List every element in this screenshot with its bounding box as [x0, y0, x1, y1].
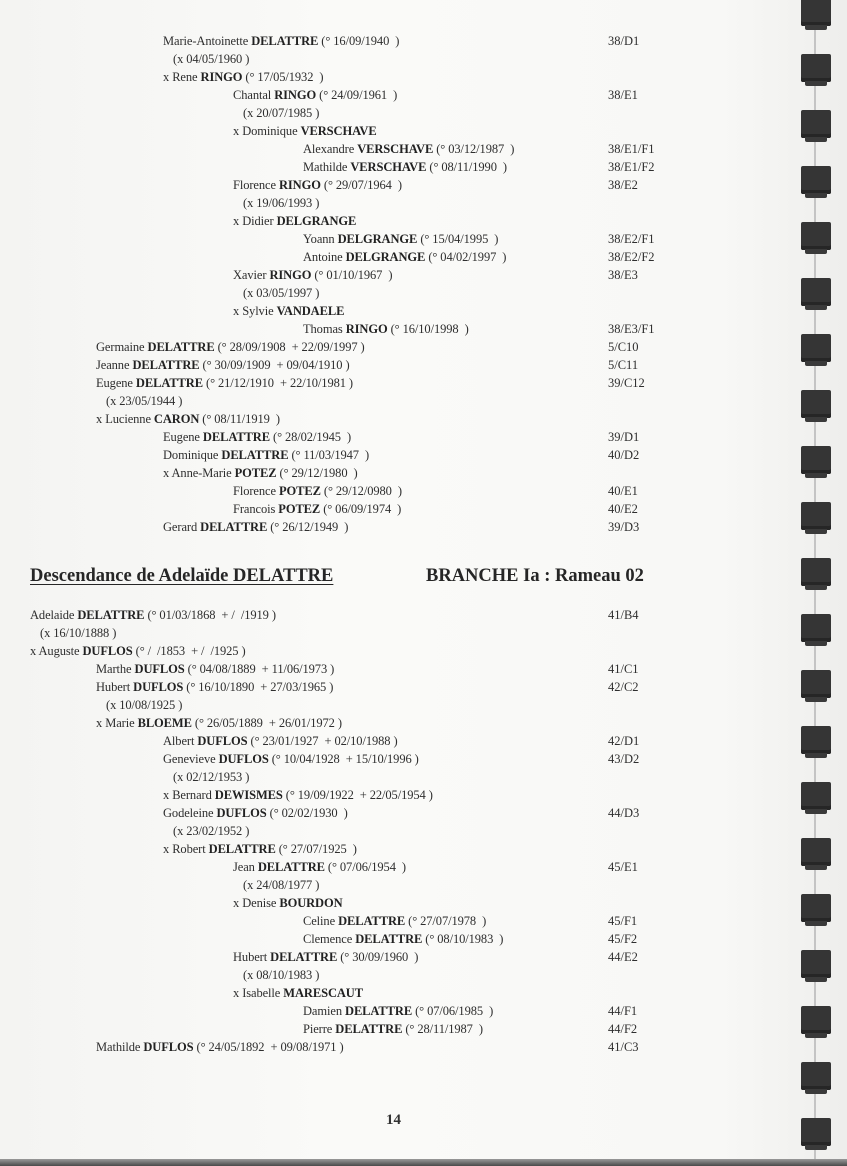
surname: VERSCHAVE — [350, 160, 426, 174]
marriage-date: (x 24/08/1977 ) — [243, 877, 319, 893]
surname: DELATTRE — [355, 932, 422, 946]
life-dates: (° 28/02/1945 ) — [273, 430, 351, 444]
surname: DUFLOS — [133, 680, 183, 694]
life-dates: (° 06/09/1974 ) — [323, 502, 401, 516]
given-name: Chantal — [233, 88, 271, 102]
reference-code: 38/E2/F1 — [608, 231, 655, 247]
marriage-date: (x 23/02/1952 ) — [173, 823, 249, 839]
given-name: Dominique — [163, 448, 218, 462]
life-dates: (° 16/10/1890 + 27/03/1965 ) — [186, 680, 333, 694]
person-entry: Pierre DELATTRE (° 28/11/1987 ) — [303, 1021, 483, 1037]
given-name: Jean — [233, 860, 255, 874]
binding-ring — [801, 1062, 831, 1090]
spouse-entry: x Isabelle MARESCAUT — [233, 985, 363, 1001]
given-name: Rene — [172, 70, 197, 84]
reference-code: 41/B4 — [608, 607, 639, 623]
marriage-date: (x 03/05/1997 ) — [243, 285, 319, 301]
spouse-marker: x — [163, 788, 169, 802]
spouse-entry: x Robert DELATTRE (° 27/07/1925 ) — [163, 841, 357, 857]
marriage-date: (x 10/08/1925 ) — [106, 697, 182, 713]
spouse-marker: x — [233, 304, 239, 318]
life-dates: (° 10/04/1928 + 15/10/1996 ) — [272, 752, 419, 766]
surname: DUFLOS — [197, 734, 247, 748]
binding-ring — [801, 334, 831, 362]
reference-code: 40/E1 — [608, 483, 638, 499]
life-dates: (° / /1853 + / /1925 ) — [136, 644, 246, 658]
binding-ring — [801, 222, 831, 250]
life-dates: (° 24/09/1961 ) — [319, 88, 397, 102]
reference-code: 5/C11 — [608, 357, 638, 373]
surname: DELATTRE — [270, 950, 337, 964]
reference-code: 38/E1/F1 — [608, 141, 655, 157]
spouse-marker: x — [233, 214, 239, 228]
reference-code: 5/C10 — [608, 339, 639, 355]
spouse-entry: x Sylvie VANDAELE — [233, 303, 344, 319]
reference-code: 40/E2 — [608, 501, 638, 517]
surname: MARESCAUT — [283, 986, 363, 1000]
surname: DELGRANGE — [277, 214, 357, 228]
person-entry: Florence RINGO (° 29/07/1964 ) — [233, 177, 402, 193]
surname: VANDAELE — [277, 304, 345, 318]
marriage-date: (x 04/05/1960 ) — [173, 51, 249, 67]
reference-code: 38/D1 — [608, 33, 639, 49]
binding-ring — [801, 726, 831, 754]
given-name: Hubert — [96, 680, 130, 694]
reference-code: 45/E1 — [608, 859, 638, 875]
life-dates: (° 28/11/1987 ) — [405, 1022, 483, 1036]
given-name: Xavier — [233, 268, 266, 282]
surname: DUFLOS — [217, 806, 267, 820]
person-entry: Marie-Antoinette DELATTRE (° 16/09/1940 … — [163, 33, 399, 49]
given-name: Isabelle — [242, 986, 280, 1000]
given-name: Denise — [242, 896, 276, 910]
reference-code: 38/E3/F1 — [608, 321, 655, 337]
spouse-marker: x — [96, 412, 102, 426]
surname: DELATTRE — [335, 1022, 402, 1036]
binding-ring — [801, 446, 831, 474]
spouse-entry: x Denise BOURDON — [233, 895, 343, 911]
binding-ring — [801, 110, 831, 138]
given-name: Gerard — [163, 520, 197, 534]
page-number: 14 — [386, 1112, 401, 1129]
person-entry: Eugene DELATTRE (° 21/12/1910 + 22/10/19… — [96, 375, 353, 391]
reference-code: 44/F1 — [608, 1003, 637, 1019]
person-entry: Mathilde DUFLOS (° 24/05/1892 + 09/08/19… — [96, 1039, 344, 1055]
life-dates: (° 30/09/1909 + 09/04/1910 ) — [203, 358, 350, 372]
surname: POTEZ — [279, 484, 321, 498]
given-name: Florence — [233, 484, 276, 498]
reference-code: 45/F2 — [608, 931, 637, 947]
person-entry: Hubert DUFLOS (° 16/10/1890 + 27/03/1965… — [96, 679, 333, 695]
life-dates: (° 07/06/1954 ) — [328, 860, 406, 874]
life-dates: (° 17/05/1932 ) — [245, 70, 323, 84]
given-name: Marie — [105, 716, 134, 730]
life-dates: (° 23/01/1927 + 02/10/1988 ) — [251, 734, 398, 748]
person-entry: Eugene DELATTRE (° 28/02/1945 ) — [163, 429, 351, 445]
marriage-date: (x 23/05/1944 ) — [106, 393, 182, 409]
person-entry: Xavier RINGO (° 01/10/1967 ) — [233, 267, 392, 283]
surname: DELATTRE — [221, 448, 288, 462]
spouse-entry: x Bernard DEWISMES (° 19/09/1922 + 22/05… — [163, 787, 433, 803]
life-dates: (° 27/07/1925 ) — [279, 842, 357, 856]
given-name: Francois — [233, 502, 275, 516]
marriage-date: (x 08/10/1983 ) — [243, 967, 319, 983]
reference-code: 44/F2 — [608, 1021, 637, 1037]
person-entry: Godeleine DUFLOS (° 02/02/1930 ) — [163, 805, 348, 821]
person-entry: Celine DELATTRE (° 27/07/1978 ) — [303, 913, 486, 929]
surname: DEWISMES — [215, 788, 283, 802]
binding-ring — [801, 0, 831, 26]
surname: DELATTRE — [338, 914, 405, 928]
binding-ring — [801, 502, 831, 530]
surname: RINGO — [346, 322, 388, 336]
life-dates: (° 29/12/1980 ) — [280, 466, 358, 480]
surname: RINGO — [269, 268, 311, 282]
binding-ring — [801, 278, 831, 306]
person-entry: Marthe DUFLOS (° 04/08/1889 + 11/06/1973… — [96, 661, 334, 677]
spouse-marker: x — [163, 466, 169, 480]
surname: RINGO — [279, 178, 321, 192]
given-name: Sylvie — [242, 304, 273, 318]
marriage-date: (x 02/12/1953 ) — [173, 769, 249, 785]
surname: DELATTRE — [148, 340, 215, 354]
reference-code: 38/E1 — [608, 87, 638, 103]
reference-code: 42/D1 — [608, 733, 639, 749]
marriage-date: (x 19/06/1993 ) — [243, 195, 319, 211]
life-dates: (° 16/10/1998 ) — [391, 322, 469, 336]
given-name: Eugene — [96, 376, 133, 390]
spouse-entry: x Lucienne CARON (° 08/11/1919 ) — [96, 411, 280, 427]
person-entry: Dominique DELATTRE (° 11/03/1947 ) — [163, 447, 369, 463]
marriage-date: (x 16/10/1888 ) — [40, 625, 116, 641]
surname: RINGO — [274, 88, 316, 102]
given-name: Anne-Marie — [172, 466, 232, 480]
reference-code: 38/E2 — [608, 177, 638, 193]
surname: DELATTRE — [200, 520, 267, 534]
life-dates: (° 29/12/0980 ) — [324, 484, 402, 498]
given-name: Hubert — [233, 950, 267, 964]
spouse-marker: x — [233, 896, 239, 910]
person-entry: Genevieve DUFLOS (° 10/04/1928 + 15/10/1… — [163, 751, 419, 767]
person-entry: Thomas RINGO (° 16/10/1998 ) — [303, 321, 469, 337]
life-dates: (° 08/10/1983 ) — [425, 932, 503, 946]
reference-code: 42/C2 — [608, 679, 639, 695]
binding-ring — [801, 950, 831, 978]
binding-ring — [801, 670, 831, 698]
reference-code: 44/D3 — [608, 805, 639, 821]
surname: CARON — [154, 412, 199, 426]
binding-ring — [801, 166, 831, 194]
given-name: Lucienne — [105, 412, 151, 426]
surname: POTEZ — [235, 466, 277, 480]
life-dates: (° 01/10/1967 ) — [314, 268, 392, 282]
reference-code: 38/E3 — [608, 267, 638, 283]
reference-code: 39/D1 — [608, 429, 639, 445]
surname: DELATTRE — [345, 1004, 412, 1018]
given-name: Yoann — [303, 232, 335, 246]
surname: DELGRANGE — [346, 250, 426, 264]
spouse-marker: x — [163, 842, 169, 856]
given-name: Auguste — [39, 644, 80, 658]
surname: DELATTRE — [203, 430, 270, 444]
person-entry: Hubert DELATTRE (° 30/09/1960 ) — [233, 949, 418, 965]
page-bottom-edge — [0, 1159, 847, 1166]
surname: VERSCHAVE — [357, 142, 433, 156]
surname: DELATTRE — [251, 34, 318, 48]
spouse-entry: x Auguste DUFLOS (° / /1853 + / /1925 ) — [30, 643, 246, 659]
spouse-marker: x — [163, 70, 169, 84]
person-entry: Chantal RINGO (° 24/09/1961 ) — [233, 87, 397, 103]
binding-ring — [801, 894, 831, 922]
life-dates: (° 24/05/1892 + 09/08/1971 ) — [197, 1040, 344, 1054]
reference-code: 41/C3 — [608, 1039, 639, 1055]
document-page: Marie-Antoinette DELATTRE (° 16/09/1940 … — [0, 0, 847, 1166]
reference-code: 40/D2 — [608, 447, 639, 463]
surname: BOURDON — [279, 896, 342, 910]
person-entry: Alexandre VERSCHAVE (° 03/12/1987 ) — [303, 141, 514, 157]
binding-ring — [801, 838, 831, 866]
given-name: Adelaide — [30, 608, 74, 622]
given-name: Celine — [303, 914, 335, 928]
reference-code: 38/E2/F2 — [608, 249, 655, 265]
life-dates: (° 16/09/1940 ) — [321, 34, 399, 48]
binding-ring — [801, 558, 831, 586]
surname: VERSCHAVE — [301, 124, 377, 138]
given-name: Thomas — [303, 322, 343, 336]
life-dates: (° 04/02/1997 ) — [428, 250, 506, 264]
life-dates: (° 26/12/1949 ) — [270, 520, 348, 534]
spouse-marker: x — [96, 716, 102, 730]
surname: DELATTRE — [209, 842, 276, 856]
person-entry: Jeanne DELATTRE (° 30/09/1909 + 09/04/19… — [96, 357, 350, 373]
person-entry: Yoann DELGRANGE (° 15/04/1995 ) — [303, 231, 498, 247]
spouse-entry: x Marie BLOEME (° 26/05/1889 + 26/01/197… — [96, 715, 342, 731]
life-dates: (° 30/09/1960 ) — [340, 950, 418, 964]
life-dates: (° 01/03/1868 + / /1919 ) — [147, 608, 275, 622]
surname: BLOEME — [138, 716, 192, 730]
person-entry: Damien DELATTRE (° 07/06/1985 ) — [303, 1003, 493, 1019]
life-dates: (° 11/03/1947 ) — [291, 448, 369, 462]
binding-ring — [801, 390, 831, 418]
spouse-entry: x Anne-Marie POTEZ (° 29/12/1980 ) — [163, 465, 358, 481]
life-dates: (° 27/07/1978 ) — [408, 914, 486, 928]
binding-ring — [801, 614, 831, 642]
life-dates: (° 28/09/1908 + 22/09/1997 ) — [218, 340, 365, 354]
section-title: Descendance de Adelaïde DELATTRE — [30, 566, 333, 587]
reference-code: 38/E1/F2 — [608, 159, 655, 175]
spouse-entry: x Dominique VERSCHAVE — [233, 123, 377, 139]
life-dates: (° 26/05/1889 + 26/01/1972 ) — [195, 716, 342, 730]
given-name: Mathilde — [303, 160, 347, 174]
surname: DUFLOS — [143, 1040, 193, 1054]
spouse-marker: x — [233, 986, 239, 1000]
given-name: Dominique — [242, 124, 297, 138]
surname: DELATTRE — [258, 860, 325, 874]
given-name: Jeanne — [96, 358, 129, 372]
reference-code: 44/E2 — [608, 949, 638, 965]
person-entry: Florence POTEZ (° 29/12/0980 ) — [233, 483, 402, 499]
given-name: Didier — [242, 214, 273, 228]
given-name: Eugene — [163, 430, 200, 444]
spouse-marker: x — [30, 644, 36, 658]
reference-code: 39/D3 — [608, 519, 639, 535]
given-name: Marthe — [96, 662, 132, 676]
surname: RINGO — [201, 70, 243, 84]
given-name: Robert — [172, 842, 205, 856]
binding-ring — [801, 1006, 831, 1034]
given-name: Antoine — [303, 250, 343, 264]
given-name: Mathilde — [96, 1040, 140, 1054]
person-entry: Germaine DELATTRE (° 28/09/1908 + 22/09/… — [96, 339, 365, 355]
reference-code: 45/F1 — [608, 913, 637, 929]
spouse-marker: x — [233, 124, 239, 138]
surname: POTEZ — [278, 502, 320, 516]
surname: DUFLOS — [83, 644, 133, 658]
given-name: Germaine — [96, 340, 144, 354]
life-dates: (° 08/11/1919 ) — [202, 412, 280, 426]
given-name: Godeleine — [163, 806, 213, 820]
given-name: Alexandre — [303, 142, 354, 156]
given-name: Damien — [303, 1004, 342, 1018]
person-entry: Francois POTEZ (° 06/09/1974 ) — [233, 501, 401, 517]
given-name: Marie-Antoinette — [163, 34, 248, 48]
reference-code: 43/D2 — [608, 751, 639, 767]
life-dates: (° 15/04/1995 ) — [420, 232, 498, 246]
person-entry: Clemence DELATTRE (° 08/10/1983 ) — [303, 931, 503, 947]
person-entry: Albert DUFLOS (° 23/01/1927 + 02/10/1988… — [163, 733, 398, 749]
branch-label: BRANCHE Ia : Rameau 02 — [426, 566, 644, 587]
surname: DUFLOS — [135, 662, 185, 676]
spouse-entry: x Didier DELGRANGE — [233, 213, 356, 229]
reference-code: 41/C1 — [608, 661, 639, 677]
life-dates: (° 02/02/1930 ) — [270, 806, 348, 820]
life-dates: (° 08/11/1990 ) — [429, 160, 507, 174]
life-dates: (° 29/07/1964 ) — [324, 178, 402, 192]
life-dates: (° 04/08/1889 + 11/06/1973 ) — [188, 662, 335, 676]
given-name: Albert — [163, 734, 194, 748]
given-name: Genevieve — [163, 752, 216, 766]
person-entry: Adelaide DELATTRE (° 01/03/1868 + / /191… — [30, 607, 276, 623]
person-entry: Mathilde VERSCHAVE (° 08/11/1990 ) — [303, 159, 507, 175]
surname: DUFLOS — [219, 752, 269, 766]
person-entry: Antoine DELGRANGE (° 04/02/1997 ) — [303, 249, 506, 265]
given-name: Bernard — [172, 788, 212, 802]
given-name: Pierre — [303, 1022, 332, 1036]
person-entry: Jean DELATTRE (° 07/06/1954 ) — [233, 859, 406, 875]
marriage-date: (x 20/07/1985 ) — [243, 105, 319, 121]
binding-ring — [801, 782, 831, 810]
binding-ring — [801, 54, 831, 82]
surname: DELATTRE — [132, 358, 199, 372]
surname: DELATTRE — [77, 608, 144, 622]
surname: DELATTRE — [136, 376, 203, 390]
spouse-entry: x Rene RINGO (° 17/05/1932 ) — [163, 69, 323, 85]
life-dates: (° 19/09/1922 + 22/05/1954 ) — [286, 788, 433, 802]
life-dates: (° 03/12/1987 ) — [436, 142, 514, 156]
given-name: Florence — [233, 178, 276, 192]
reference-code: 39/C12 — [608, 375, 645, 391]
person-entry: Gerard DELATTRE (° 26/12/1949 ) — [163, 519, 348, 535]
binding-ring — [801, 1118, 831, 1146]
given-name: Clemence — [303, 932, 352, 946]
life-dates: (° 07/06/1985 ) — [415, 1004, 493, 1018]
surname: DELGRANGE — [338, 232, 418, 246]
life-dates: (° 21/12/1910 + 22/10/1981 ) — [206, 376, 353, 390]
